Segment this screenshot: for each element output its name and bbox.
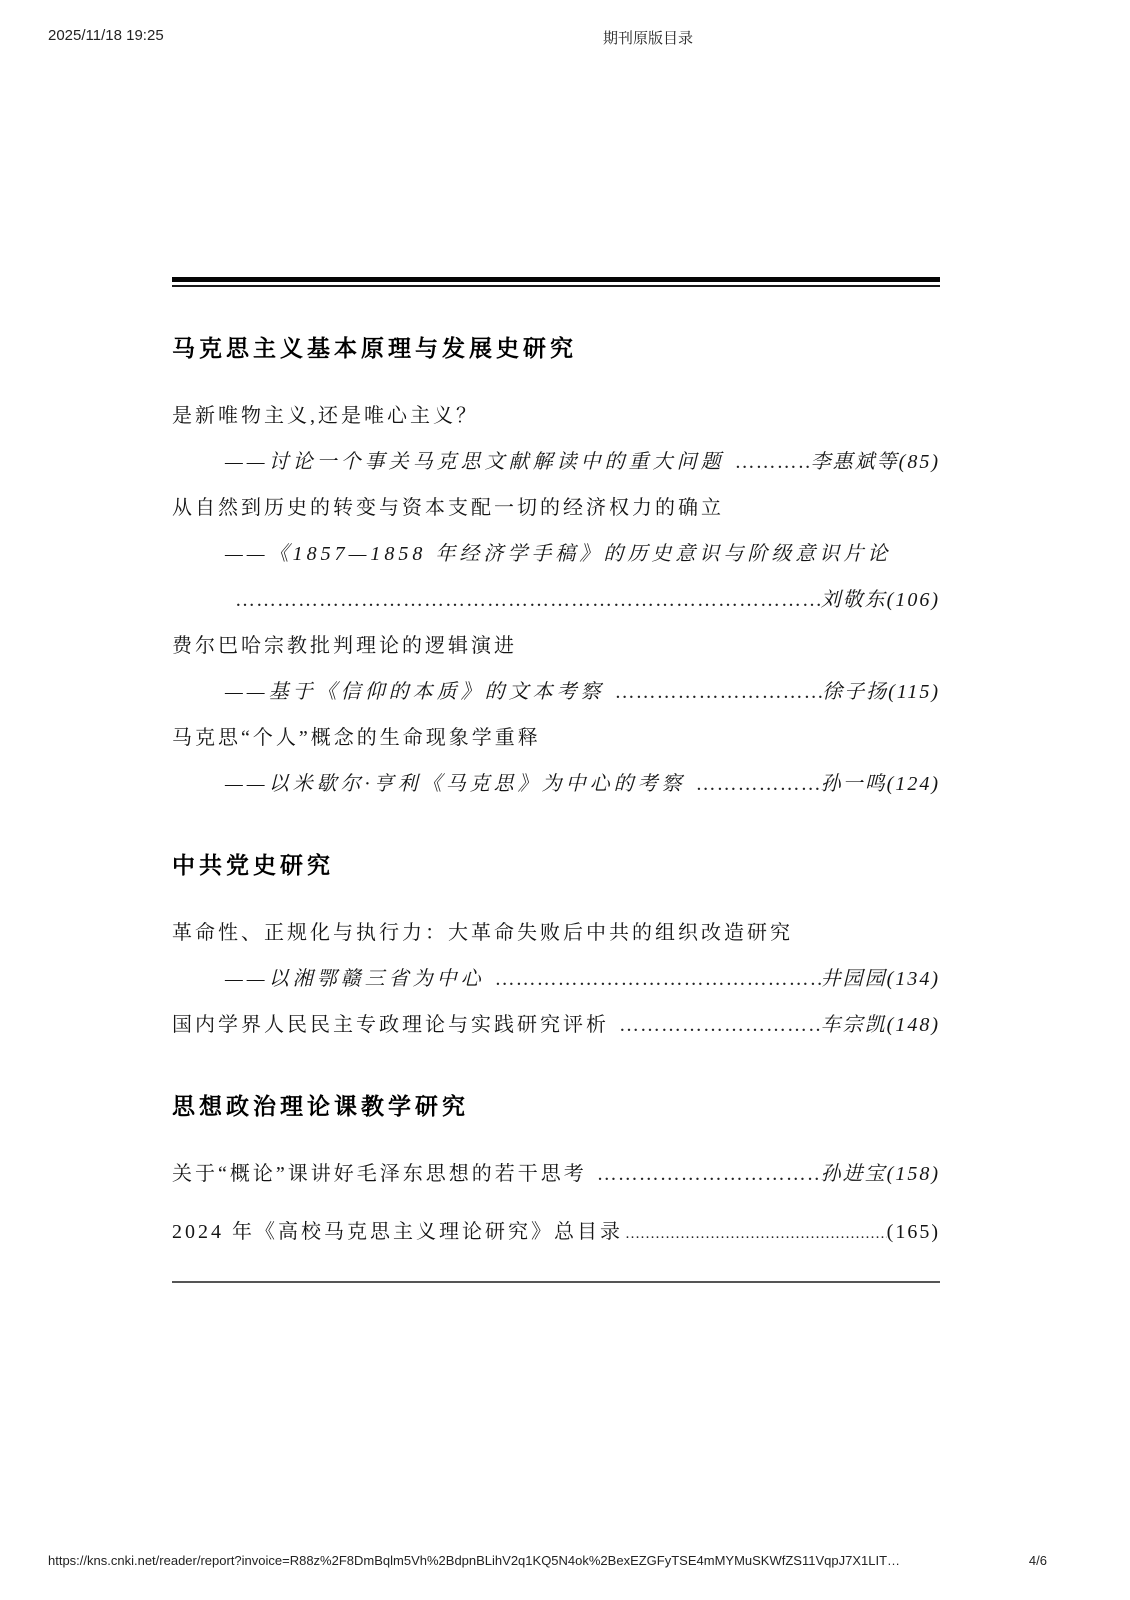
- toc-line-text: 费尔巴哈宗教批判理论的逻辑演进: [172, 635, 517, 658]
- toc-section-heading: 思想政治理论课教学研究: [172, 1093, 940, 1119]
- toc-line-text: ——以湘鄂赣三省为中心: [225, 968, 485, 991]
- toc-line: 费尔巴哈宗教批判理论的逻辑演进: [172, 635, 940, 658]
- bottom-rule: [172, 1281, 940, 1283]
- toc-section-heading: 马克思主义基本原理与发展史研究: [172, 335, 940, 361]
- toc-line-text: ——《1857—1858 年经济学手稿》的历史意识与阶级意识片论: [225, 543, 891, 566]
- print-footer: https://kns.cnki.net/reader/report?invoi…: [48, 1553, 1047, 1568]
- toc-leader-dots: ……………………………………………………………………………………………………………: [725, 451, 811, 474]
- toc-line-author: 井园园(134): [821, 968, 940, 991]
- toc-leader-dots: ……………………………………………………………………………………………………………: [225, 589, 821, 612]
- toc-line: 马克思“个人”概念的生命现象学重释: [172, 727, 940, 750]
- toc-line-text: 革命性、正规化与执行力：大革命失败后中共的组织改造研究: [172, 922, 793, 945]
- toc-sections: 马克思主义基本原理与发展史研究是新唯物主义,还是唯心主义？——讨论一个事关马克思…: [172, 335, 940, 1246]
- toc-leader-dots: ……………………………………………………………………………………………………………: [609, 1014, 821, 1037]
- toc-section: 思想政治理论课教学研究关于“概论”课讲好毛泽东思想的若干思考……………………………: [172, 1093, 940, 1246]
- toc-line: 是新唯物主义,还是唯心主义？: [172, 405, 940, 428]
- toc-line-text: ——基于《信仰的本质》的文本考察: [225, 681, 605, 704]
- toc-line: ……………………………………………………………………………………………………………: [172, 589, 940, 612]
- print-header-timestamp: 2025/11/18 19:25: [48, 27, 164, 44]
- toc-leader-dots: ……………………………………………………………………………………………………………: [686, 773, 821, 796]
- toc-line-text: 马克思“个人”概念的生命现象学重释: [172, 727, 541, 750]
- toc-line: 革命性、正规化与执行力：大革命失败后中共的组织改造研究: [172, 922, 940, 945]
- toc-line-text: 关于“概论”课讲好毛泽东思想的若干思考: [172, 1163, 587, 1186]
- toc-line-text: 国内学界人民民主专政理论与实践研究评析: [172, 1014, 609, 1037]
- toc-line-text: 从自然到历史的转变与资本支配一切的经济权力的确立: [172, 497, 724, 520]
- toc-line-author: 李惠斌等(85): [811, 451, 940, 474]
- toc-line: ——《1857—1858 年经济学手稿》的历史意识与阶级意识片论: [172, 543, 940, 566]
- footer-page-number: 4/6: [1015, 1553, 1047, 1568]
- toc-line-author: 孙一鸣(124): [821, 773, 940, 796]
- print-header: 2025/11/18 19:25 期刊原版目录: [48, 27, 1082, 49]
- toc-line: ——基于《信仰的本质》的文本考察…………………………………………………………………: [172, 681, 940, 704]
- toc-line: 国内学界人民民主专政理论与实践研究评析…………………………………………………………: [172, 1014, 940, 1037]
- toc-leader-dots: ……………………………………………………………………………………………………………: [605, 681, 823, 704]
- toc-section-heading: 中共党史研究: [172, 852, 940, 878]
- toc-leader-dots: ……………………………………………………………………………………………………………: [587, 1163, 821, 1186]
- toc-line: ——以湘鄂赣三省为中心………………………………………………………………………………: [172, 968, 940, 991]
- toc-line-text: 2024 年《高校马克思主义理论研究》总目录: [172, 1221, 623, 1244]
- toc-line: 2024 年《高校马克思主义理论研究》总目录…………………………………………………: [172, 1221, 940, 1246]
- double-rule: [172, 277, 940, 287]
- toc-line: ——以米歇尔·亨利《马克思》为中心的考察………………………………………………………: [172, 773, 940, 796]
- toc-leader-dots: ……………………………………………………………………………………………………………: [623, 1223, 887, 1246]
- toc-line: ——讨论一个事关马克思文献解读中的重大问题……………………………………………………: [172, 451, 940, 474]
- toc-line-author: 车宗凯(148): [821, 1014, 940, 1037]
- toc-line-text: ——讨论一个事关马克思文献解读中的重大问题: [225, 451, 725, 474]
- toc-content: 马克思主义基本原理与发展史研究是新唯物主义,还是唯心主义？——讨论一个事关马克思…: [172, 277, 940, 1283]
- footer-url: https://kns.cnki.net/reader/report?invoi…: [48, 1553, 900, 1568]
- toc-line-author: 孙进宝(158): [821, 1163, 940, 1186]
- toc-line-author: 徐子扬(115): [822, 681, 940, 704]
- toc-line-text: 是新唯物主义,还是唯心主义？: [172, 405, 479, 428]
- toc-line-author: 刘敬东(106): [821, 589, 940, 612]
- print-header-title: 期刊原版目录: [603, 27, 693, 48]
- toc-section: 中共党史研究革命性、正规化与执行力：大革命失败后中共的组织改造研究——以湘鄂赣三…: [172, 852, 940, 1037]
- toc-line-text: ——以米歇尔·亨利《马克思》为中心的考察: [225, 773, 686, 796]
- toc-leader-dots: ……………………………………………………………………………………………………………: [485, 968, 821, 991]
- toc-line: 从自然到历史的转变与资本支配一切的经济权力的确立: [172, 497, 940, 520]
- toc-line-author: (165): [887, 1221, 940, 1244]
- toc-line: 关于“概论”课讲好毛泽东思想的若干思考…………………………………………………………: [172, 1163, 940, 1186]
- toc-section: 马克思主义基本原理与发展史研究是新唯物主义,还是唯心主义？——讨论一个事关马克思…: [172, 335, 940, 796]
